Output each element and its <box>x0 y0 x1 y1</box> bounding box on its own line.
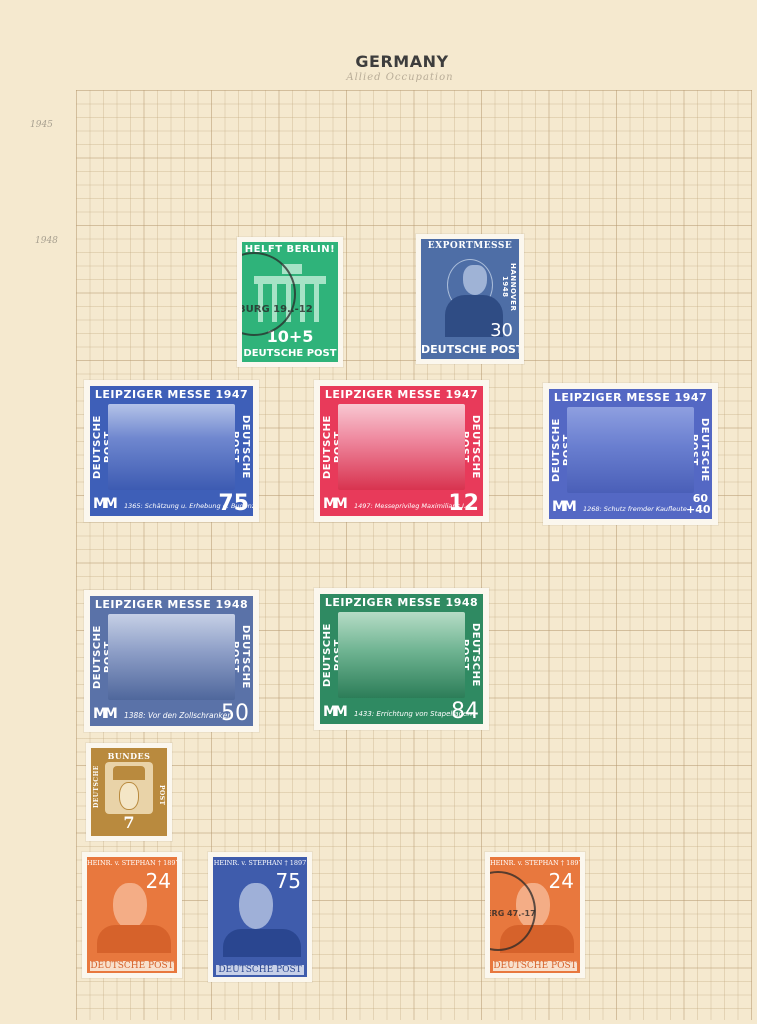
stamp-bottom-text: DEUTSCHE POST <box>421 343 519 356</box>
mm-logo-icon: MM <box>323 704 345 720</box>
stamp-caption: 1268: Schutz fremder Kaufleute <box>583 505 687 513</box>
stamp-value: 84 <box>451 701 479 723</box>
stamp-top-text: EXPORTMESSE <box>421 241 519 251</box>
stamp-bundes-7[interactable]: BUNDES DEUTSCHE POST 7 <box>86 743 172 841</box>
stamp-berlin[interactable]: HELFT BERLIN! 10+5 DEUTSCHE POST BURG 19… <box>237 237 343 367</box>
stamp-side-text: HANNOVER 1948 <box>507 255 517 319</box>
stamp-leipzig-1948-84[interactable]: LEIPZIGER MESSE 1948 DEUTSCHE POST DEUTS… <box>314 588 489 730</box>
stamp-top-text: LEIPZIGER MESSE 1947 <box>90 388 253 401</box>
stamp-value: 60+40 <box>686 493 708 516</box>
postmark-text: ..ERG 47.-17 <box>490 909 536 918</box>
stamp-value: 24 <box>549 869 574 893</box>
pencil-note-1: 1945 <box>30 120 53 130</box>
stamp-stephan-24-b[interactable]: HEINR. v. STEPHAN † 1897 24 DEUTSCHE POS… <box>485 852 585 978</box>
mm-logo-icon: MM <box>552 499 574 515</box>
page-title: GERMANY <box>342 48 462 75</box>
stamp-leipzig-1948-50[interactable]: LEIPZIGER MESSE 1948 DEUTSCHE POST DEUTS… <box>84 590 259 732</box>
stamp-bottom-text: DEUTSCHE POST <box>242 348 338 359</box>
stamp-value: 75 <box>276 869 301 893</box>
stamp-side-text-right: DEUTSCHE POST <box>465 408 481 486</box>
stamp-leipzig-1947-12[interactable]: LEIPZIGER MESSE 1947 DEUTSCHE POST DEUTS… <box>314 380 489 522</box>
stamp-top-text: HEINR. v. STEPHAN † 1897 <box>213 859 307 867</box>
stamp-scene <box>338 612 465 698</box>
pencil-note-2: 1948 <box>35 236 58 246</box>
stamp-scene <box>108 404 235 490</box>
stamp-side-text-left: DEUTSCHE POST <box>322 408 338 486</box>
stamp-value: 75 <box>218 493 249 515</box>
stamp-side-text-right: DEUTSCHE POST <box>235 408 251 486</box>
stamp-value: 24 <box>146 869 171 893</box>
stamp-top-text: LEIPZIGER MESSE 1948 <box>320 596 483 609</box>
album-page: GERMANY Allied Occupation 1945 1948 HELF… <box>0 0 757 1024</box>
stamp-stephan-75[interactable]: HEINR. v. STEPHAN † 1897 75 DEUTSCHE POS… <box>208 852 312 982</box>
stamp-side-text-left: DEUTSCHE POST <box>322 616 338 694</box>
stamp-stephan-24-a[interactable]: HEINR. v. STEPHAN † 1897 24 DEUTSCHE POS… <box>82 852 182 978</box>
stamp-value: 12 <box>448 493 479 515</box>
stamp-top-text: HEINR. v. STEPHAN † 1897 <box>87 859 177 867</box>
crowned-portrait-icon <box>105 762 153 814</box>
stamp-side-text-right: DEUTSCHE POST <box>694 411 710 489</box>
stamp-top-text: LEIPZIGER MESSE 1947 <box>320 388 483 401</box>
mm-logo-icon: MM <box>93 496 115 512</box>
stamp-leipzig-1947-75[interactable]: LEIPZIGER MESSE 1947 DEUTSCHE POST DEUTS… <box>84 380 259 522</box>
stamp-value: 50 <box>221 703 249 725</box>
mm-logo-icon: MM <box>323 496 345 512</box>
stamp-top-text: HEINR. v. STEPHAN † 1897 <box>490 859 580 867</box>
stamp-side-text-left: DEUTSCHE POST <box>551 411 567 489</box>
stamp-value: 30 <box>490 320 513 341</box>
stamp-side-text-right: DEUTSCHE POST <box>465 616 481 694</box>
stamp-scene <box>338 404 465 490</box>
stamp-caption: 1388: Vor den Zollschranken <box>124 711 232 720</box>
stamp-bottom-text: DEUTSCHE POST <box>493 961 577 971</box>
stamp-scene <box>567 407 694 493</box>
stamp-side-text-left: DEUTSCHE POST <box>92 618 108 696</box>
mm-logo-icon: MM <box>93 706 115 722</box>
page-subtitle: Allied Occupation <box>330 72 470 83</box>
stamp-bottom-text: DEUTSCHE POST <box>216 965 304 975</box>
stamp-top-text: LEIPZIGER MESSE 1948 <box>90 598 253 611</box>
stamp-side-text-right: DEUTSCHE POST <box>235 618 251 696</box>
stamp-leipzig-1947-60-40[interactable]: LEIPZIGER MESSE 1947 DEUTSCHE POST DEUTS… <box>543 383 718 525</box>
stamp-side-text-left: DEUTSCHE POST <box>92 408 108 486</box>
stamp-exportmesse[interactable]: EXPORTMESSE HANNOVER 1948 30 DEUTSCHE PO… <box>416 234 524 364</box>
postmark-text: BURG 19..-12 <box>242 304 313 315</box>
stamp-side-text-left: DEUTSCHE <box>93 762 103 812</box>
stamp-top-text: BUNDES <box>91 751 167 761</box>
stamp-scene <box>108 614 235 700</box>
stamp-value: 7 <box>91 813 167 832</box>
stamp-top-text: LEIPZIGER MESSE 1947 <box>549 391 712 404</box>
stamp-bottom-text: DEUTSCHE POST <box>90 961 174 971</box>
stamp-side-text-right: POST <box>155 778 165 812</box>
